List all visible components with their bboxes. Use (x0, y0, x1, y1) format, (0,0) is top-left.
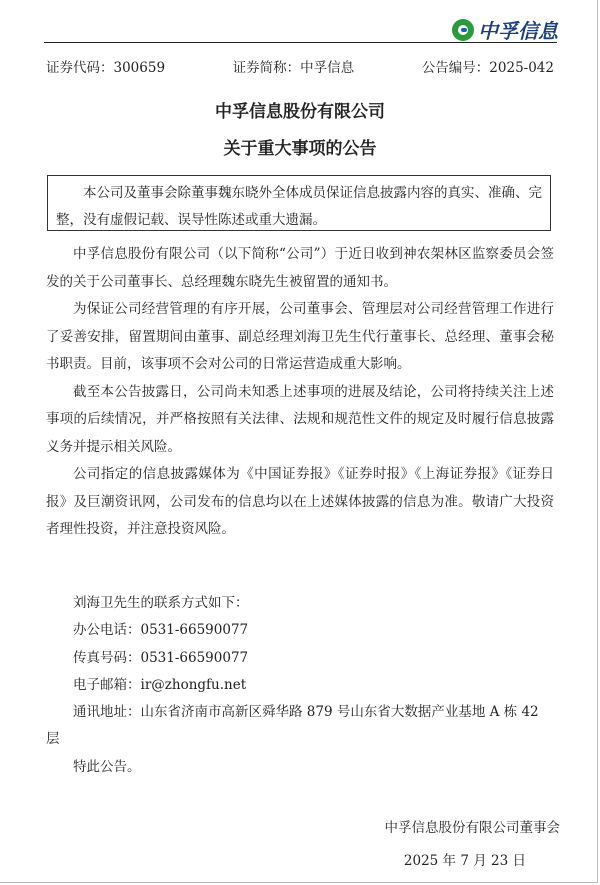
closing-statement: 特此公告。 (46, 754, 554, 781)
email-address: 电子邮箱：ir@zhongfu.net (46, 672, 554, 699)
office-phone: 办公电话：0531-66590077 (46, 617, 554, 644)
contact-intro: 刘海卫先生的联系方式如下： (46, 590, 554, 617)
logo-text: 中孚信息 (478, 15, 558, 44)
signature-date: 2025 年 7 月 23 日 (350, 849, 526, 869)
security-code: 证券代码：300659 (46, 56, 165, 76)
security-short-name: 证券简称：中孚信息 (233, 56, 355, 76)
mailing-address: 通讯地址：山东省济南市高新区舜华路 879 号山东省大数据产业基地 A 栋 42… (46, 699, 554, 754)
paragraph: 截至本公告披露日，公司尚未知悉上述事项的进展及结论，公司将持续关注上述事项的后续… (46, 379, 554, 462)
disclaimer-box: 本公司及董事会除董事魏东晓外全体成员保证信息披露内容的真实、准确、完整，没有虚假… (47, 175, 551, 231)
company-title: 中孚信息股份有限公司 (0, 97, 600, 122)
paragraph: 中孚信息股份有限公司（以下简称“公司”）于近日收到神农架林区监察委员会签发的关于… (46, 241, 554, 296)
announcement-body: 中孚信息股份有限公司（以下简称“公司”）于近日收到神农架林区监察委员会签发的关于… (46, 241, 554, 544)
fax-number: 传真号码：0531-66590077 (46, 645, 554, 672)
company-logo: 中孚信息 (452, 15, 558, 44)
disclaimer-text: 本公司及董事会除董事魏东晓外全体成员保证信息披露内容的真实、准确、完整，没有虚假… (56, 180, 542, 234)
announcement-title: 关于重大事项的公告 (0, 134, 600, 159)
announcement-number: 公告编号：2025-042 (422, 56, 554, 76)
contact-info: 刘海卫先生的联系方式如下： 办公电话：0531-66590077 传真号码：05… (46, 590, 554, 781)
logo-mark-icon (452, 19, 474, 41)
header-rule (44, 42, 557, 43)
signatory: 中孚信息股份有限公司董事会 (350, 816, 560, 836)
paragraph: 为保证公司经营管理的有序开展，公司董事会、管理层对公司经营管理工作进行了妥善安排… (46, 296, 554, 379)
paragraph: 公司指定的信息披露媒体为《中国证券报》《证券时报》《上海证券报》《证券日报》及巨… (46, 461, 554, 544)
announcement-meta: 证券代码：300659 证券简称：中孚信息 公告编号：2025-042 (46, 56, 554, 76)
